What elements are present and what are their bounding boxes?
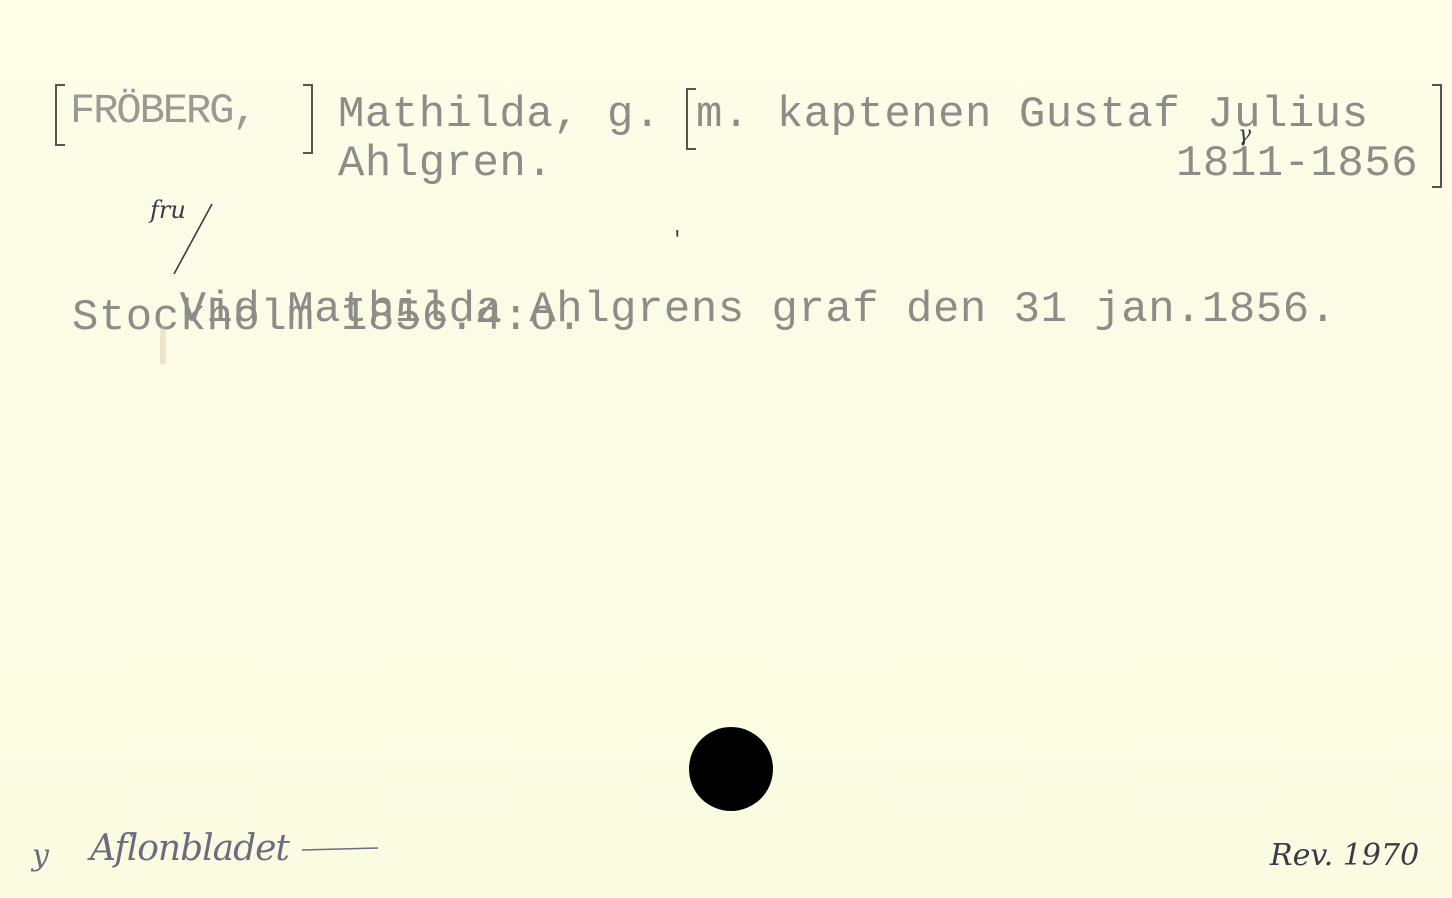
footer-left-prefix: y — [32, 838, 49, 873]
apostrophe-mark: ' — [674, 226, 681, 254]
paper-stain — [160, 325, 166, 365]
footer-underline — [300, 840, 390, 860]
left-bracket-open — [55, 84, 65, 146]
heading-surname: FRÖBERG, — [70, 90, 256, 132]
married-bracket-close — [1432, 84, 1442, 188]
married-bracket-open — [686, 88, 696, 150]
catalog-card: FRÖBERG, Mathilda, g. m. kaptenen Gustaf… — [0, 0, 1452, 898]
footer-left-note: Aflonbladet — [90, 828, 289, 869]
footer-revision-note: Rev. 1970 — [1270, 838, 1419, 873]
heading-given-name: Mathilda, g. — [338, 93, 661, 137]
heading-married-note: m. kaptenen Gustaf Julius — [696, 93, 1369, 137]
heading-married-surname: Ahlgren. — [338, 142, 553, 186]
left-bracket-close — [303, 84, 313, 154]
imprint-line: Stockholm 1856.4:o. — [72, 296, 583, 340]
punch-hole — [689, 727, 773, 811]
heading-dates: 1811-1856 — [1176, 142, 1418, 186]
